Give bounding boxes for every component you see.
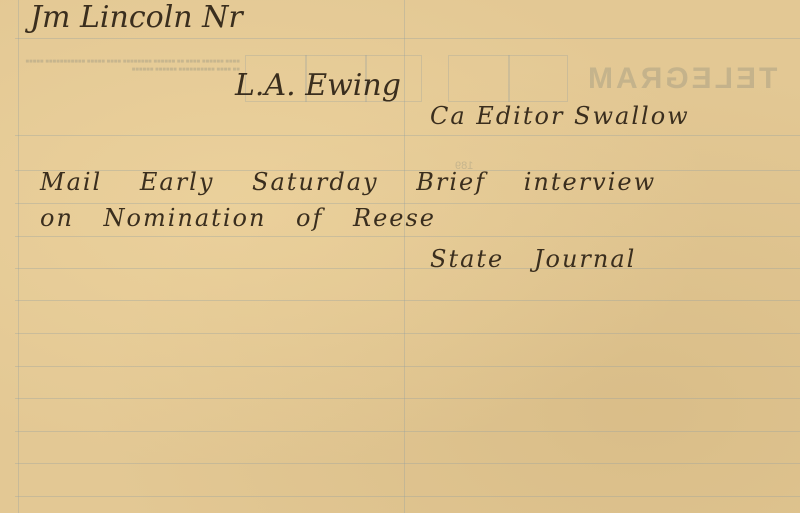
bleed-instructions-text: ■■■■ ■■■■■■ ■■■■ ■■ ■■■■■■ ■■■■■■■■ ■■■■… [20,58,240,74]
recipient-line: Jm Lincoln Nr [30,0,243,35]
ruled-line [15,268,800,269]
ruled-line [15,496,800,497]
ruled-line [15,333,800,334]
ruled-line [15,463,800,464]
message-line-1: Mail Early Saturday Brief interview [40,168,656,196]
ruled-line [15,431,800,432]
bleed-form-box [448,55,510,102]
ruled-line [15,300,800,301]
sender-line: L.A. Ewing [235,68,401,103]
via-line: Ca Editor Swallow [430,102,690,130]
ruled-line [15,38,800,39]
signature: State Journal [430,245,636,273]
ruled-line [15,398,800,399]
margin-line [18,0,19,513]
message-line-2: on Nomination of Reese [40,204,436,232]
bleed-telegram-heading: TELEGRAM [585,62,777,96]
ruled-line [15,135,800,136]
ruled-line [15,236,800,237]
bleed-form-box [508,55,568,102]
ruled-line [15,366,800,367]
